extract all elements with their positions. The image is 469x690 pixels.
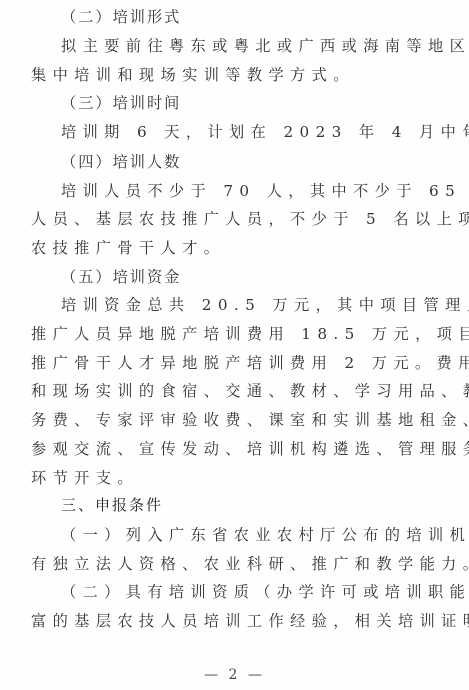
paragraph-line: 人员、基层农技推广人员，不少于 5 名以上项目专家、基层 xyxy=(31,209,423,229)
paragraph-line: 和现场实训的食宿、交通、教材、学习用品、教师课酬、劳 xyxy=(31,381,423,401)
paragraph-line: 推广人员异地脱产培训费用 18.5 万元，项目专家、基层农技 xyxy=(31,324,423,344)
section-heading-training-count: （四）培训人数 xyxy=(61,152,181,172)
paragraph-line: 环节开支。 xyxy=(31,468,423,488)
paragraph-line: 培训期 6 天，计划在 2023 年 4 月中旬前完成。 xyxy=(61,122,423,142)
section-heading-training-funds: （五）培训资金 xyxy=(61,267,181,287)
paragraph-line: 培训人员不少于 70 人，其中不少于 65 名以上项目管理 xyxy=(61,181,423,201)
paragraph-line: 参观交流、宣传发动、培训机构遴选、管理服务等全过程各 xyxy=(31,439,423,459)
section-heading-training-form: （二）培训形式 xyxy=(61,7,181,27)
page-number: — 2 — xyxy=(0,667,469,683)
paragraph-line: 拟主要前往粤东或粤北或广西或海南等地区，采取异地 xyxy=(61,36,423,56)
paragraph-line: 务费、专家评审验收费、课室和实训基地租金、资料印刷、 xyxy=(31,410,423,430)
section-heading-application-conditions: 三、申报条件 xyxy=(61,495,163,515)
paragraph-line: 培训资金总共 20.5 万元，其中项目管理人员、基层农技 xyxy=(61,295,423,315)
paragraph-line: 富的基层农技人员培训工作经验，相关培训证明材料丰富齐 xyxy=(31,611,423,631)
document-page: （二）培训形式 拟主要前往粤东或粤北或广西或海南等地区，采取异地 集中培训和现场… xyxy=(0,0,469,690)
paragraph-line: 集中培训和现场实训等教学方式。 xyxy=(31,65,423,85)
paragraph-line: 推广骨干人才异地脱产培训费用 2 万元。费用包含集中培训 xyxy=(31,353,423,373)
paragraph-line: 农技推广骨干人才。 xyxy=(31,238,423,258)
paragraph-line: （二）具有培训资质（办学许可或培训职能），拥有丰 xyxy=(61,582,423,602)
paragraph-line: （一）列入广东省农业农村厅公布的培训机构目录，具 xyxy=(61,525,423,545)
section-heading-training-time: （三）培训时间 xyxy=(61,93,181,113)
paragraph-line: 有独立法人资格、农业科研、推广和教学能力。 xyxy=(31,554,423,574)
